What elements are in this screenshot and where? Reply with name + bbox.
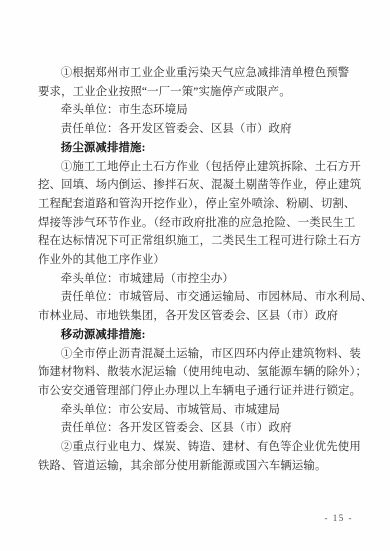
text-line: 牵头单位：市城建局（市控尘办）	[38, 270, 356, 289]
text-line: 挖、回填、场内倒运、掺拌石灰、混凝土剔凿等作业，停止建筑	[38, 176, 356, 195]
text-line: 饰建材物料、散装水泥运输（使用纯电动、氢能源车辆的除外）；	[38, 363, 356, 382]
text-line: 程在达标情况下可正常组织施工，二类民生工程可进行除土石方	[38, 232, 356, 251]
text-line: 铁路、管道运输，其余部分使用新能源或国六车辆运输。	[38, 457, 356, 476]
text-line: ①施工工地停止土石方作业（包括停止建筑拆除、土石方开	[38, 158, 356, 177]
text-line: ①根据郑州市工业企业重污染天气应急减排清单橙色预警	[38, 64, 356, 83]
text-line: 市公安交通管理部门停止办理以上车辆电子通行证并进行锁定。	[38, 382, 356, 401]
text-line: 责任单位：市城管局、市交通运输局、市园林局、市水利局、	[38, 288, 356, 307]
text-line: 焊接等涉气环节作业。（经市政府批准的应急抢险、一类民生工	[38, 214, 356, 233]
document-page: ①根据郑州市工业企业重污染天气应急减排清单橙色预警要求，工业企业按照“一厂一策”…	[0, 0, 390, 551]
document-text-block: ①根据郑州市工业企业重污染天气应急减排清单橙色预警要求，工业企业按照“一厂一策”…	[38, 64, 356, 475]
text-line: ①全市停止沥青混凝土运输，市区四环内停止建筑物料、装	[38, 345, 356, 364]
section-heading: 移动源减排措施:	[38, 326, 356, 345]
text-line: 牵头单位：市生态环境局	[38, 101, 356, 120]
text-line: ②重点行业电力、煤炭、铸造、建材、有色等企业优先使用	[38, 438, 356, 457]
text-line: 工程配套道路和管沟开挖作业），停止室外喷涂、粉刷、切割、	[38, 195, 356, 214]
text-line: 责任单位：各开发区管委会、区县（市）政府	[38, 120, 356, 139]
page-number: - 15 -	[325, 513, 354, 523]
text-line: 要求，工业企业按照“一厂一策”实施停产或限产。	[38, 83, 356, 102]
text-line: 市林业局、市地铁集团，各开发区管委会、区县（市）政府	[38, 307, 356, 326]
section-heading: 扬尘源减排措施:	[38, 139, 356, 158]
text-line: 责任单位：各开发区管委会、区县（市）政府	[38, 419, 356, 438]
text-line: 作业外的其他工序作业）	[38, 251, 356, 270]
text-line: 牵头单位：市公安局、市城管局、市城建局	[38, 401, 356, 420]
